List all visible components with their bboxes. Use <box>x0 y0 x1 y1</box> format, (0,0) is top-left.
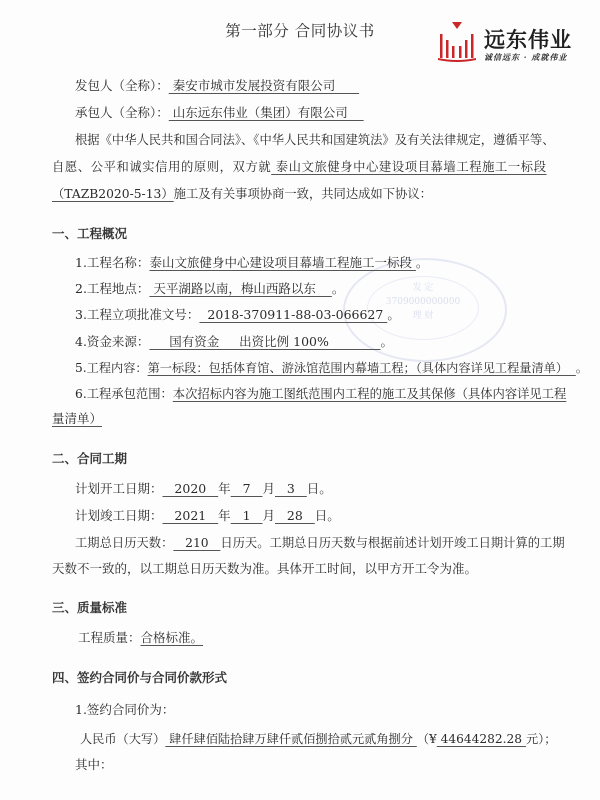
planned-start-date: 计划开工日期： 2020 年 7 月 3 日。 <box>75 481 332 497</box>
item-label: 6.工程承包范围： <box>75 387 173 401</box>
project-name: 泰山文旅健身中心建设项目幕墙工程施工一标段 <box>271 160 546 174</box>
item-label: 2.工程地点： <box>75 281 149 296</box>
intro-line-1: 根据《中华人民共和国合同法》、《中华人民共和国建筑法》及有关法律规定，遵循平等、 <box>75 132 555 148</box>
quality-value: 合格标准。 <box>141 630 204 645</box>
intro-line-3-suffix: 施工及有关事项协商一致，共同达成如下协议： <box>174 187 432 201</box>
item-value: 天平湖路以南，梅山西路以东 <box>149 281 331 296</box>
item-value: 第一标段：包括体育馆、游泳馆范围内幕墙工程；（具体内容详见工程量清单） <box>148 361 576 375</box>
tender-code: （TAZB2020-5-13） <box>52 187 174 201</box>
employer-label: 发包人（全称）： <box>75 78 169 93</box>
contract-price-label: 1.签约合同价为： <box>75 702 174 718</box>
item-label: 5.工程内容： <box>75 361 148 375</box>
contractor-label: 承包人（全称）： <box>75 105 169 120</box>
company-logo: 远东伟业 诚信远东 · 成就伟业 <box>436 18 596 68</box>
intro-line-3: （TAZB2020-5-13）施工及有关事项协商一致，共同达成如下协议： <box>52 186 432 202</box>
start-year: 2020 <box>163 481 219 496</box>
item-value: 2018-370911-88-03-066627 <box>199 307 387 322</box>
employer-row: 发包人（全称）： 秦安市城市发展投资有限公司 <box>75 78 359 94</box>
intro-line-2-prefix: 自愿、公平和诚实信用的原则，双方就 <box>52 160 271 174</box>
project-item-6: 6.工程承包范围：本次招标内容为施工图纸范围内工程的施工及其保修（具体内容详见工… <box>75 386 566 402</box>
price-in-words: 肆仟肆佰陆拾肆万肆仟贰佰捌拾贰元贰角捌分 <box>165 732 417 746</box>
logo-slogan: 诚信远东 · 成就伟业 <box>484 52 567 63</box>
duration-row: 工期总日历天数： 210 日历天。工期总日历天数与根据前述计划开竣工日期计算的工… <box>75 535 565 551</box>
building-logo-icon <box>438 22 476 62</box>
end-day: 28 <box>275 508 315 523</box>
section-3-heading: 三、质量标准 <box>52 600 127 616</box>
section-2-heading: 二、合同工期 <box>52 451 127 467</box>
quality-row: 工程质量：合格标准。 <box>78 630 203 646</box>
contractor-row: 承包人（全称）： 山东远东伟业（集团）有限公司 <box>75 105 364 121</box>
duration-days: 210 <box>173 536 220 550</box>
item-value-cont: 量清单） <box>52 411 102 426</box>
end-month: 1 <box>231 508 263 523</box>
project-item-4: 4.资金来源： 国有资金 出资比例 100% 。 <box>75 334 393 350</box>
item-label: 3.工程立项批准文号： <box>75 307 199 322</box>
project-item-3: 3.工程立项批准文号： 2018-370911-88-03-066627 。 <box>75 307 400 323</box>
among-label: 其中： <box>75 757 113 773</box>
item-value: 本次招标内容为施工图纸范围内工程的施工及其保修（具体内容详见工程 <box>173 387 567 401</box>
item-label: 4.资金来源： <box>75 334 149 349</box>
project-item-2: 2.工程地点： 天平湖路以南，梅山西路以东 。 <box>75 281 344 297</box>
section-4-heading: 四、签约合同价与合同价款形式 <box>52 670 227 686</box>
logo-company-name: 远东伟业 <box>484 24 572 54</box>
intro-line-2: 自愿、公平和诚实信用的原则，双方就 泰山文旅健身中心建设项目幕墙工程施工一标段 <box>52 159 547 175</box>
end-year: 2021 <box>163 508 219 523</box>
duration-cont: 天数不一致的，以工期总日历天数为准。具体开工时间，以甲方开工令为准。 <box>52 561 477 577</box>
planned-end-date: 计划竣工日期： 2021 年 1 月 28 日。 <box>75 508 340 524</box>
item-label: 1.工程名称： <box>75 255 149 270</box>
project-item-1: 1.工程名称：泰山文旅健身中心建设项目幕墙工程施工一标段 。 <box>75 255 428 271</box>
employer-value: 秦安市城市发展投资有限公司 <box>169 78 359 93</box>
item-value: 泰山文旅健身中心建设项目幕墙工程施工一标段 <box>149 255 415 270</box>
contract-price-row: 人民币（大写） 肆仟肆佰陆拾肆万肆仟贰佰捌拾贰元贰角捌分 （¥ 44644282… <box>80 731 556 747</box>
contractor-value: 山东远东伟业（集团）有限公司 <box>169 105 364 120</box>
start-month: 7 <box>231 481 263 496</box>
project-item-6-cont: 量清单） <box>52 411 102 427</box>
start-day: 3 <box>275 481 307 496</box>
section-1-heading: 一、工程概况 <box>52 226 127 242</box>
project-item-5: 5.工程内容：第一标段：包括体育馆、游泳馆范围内幕墙工程；（具体内容详见工程量清… <box>75 360 588 376</box>
price-in-numbers: 44644282.28 <box>437 732 526 746</box>
item-value: 国有资金 出资比例 100% <box>149 334 380 349</box>
contract-page: 第一部分 合同协议书 远东伟业 诚信远东 · 成就伟业 发包人（全称）： 秦安市… <box>0 0 600 800</box>
